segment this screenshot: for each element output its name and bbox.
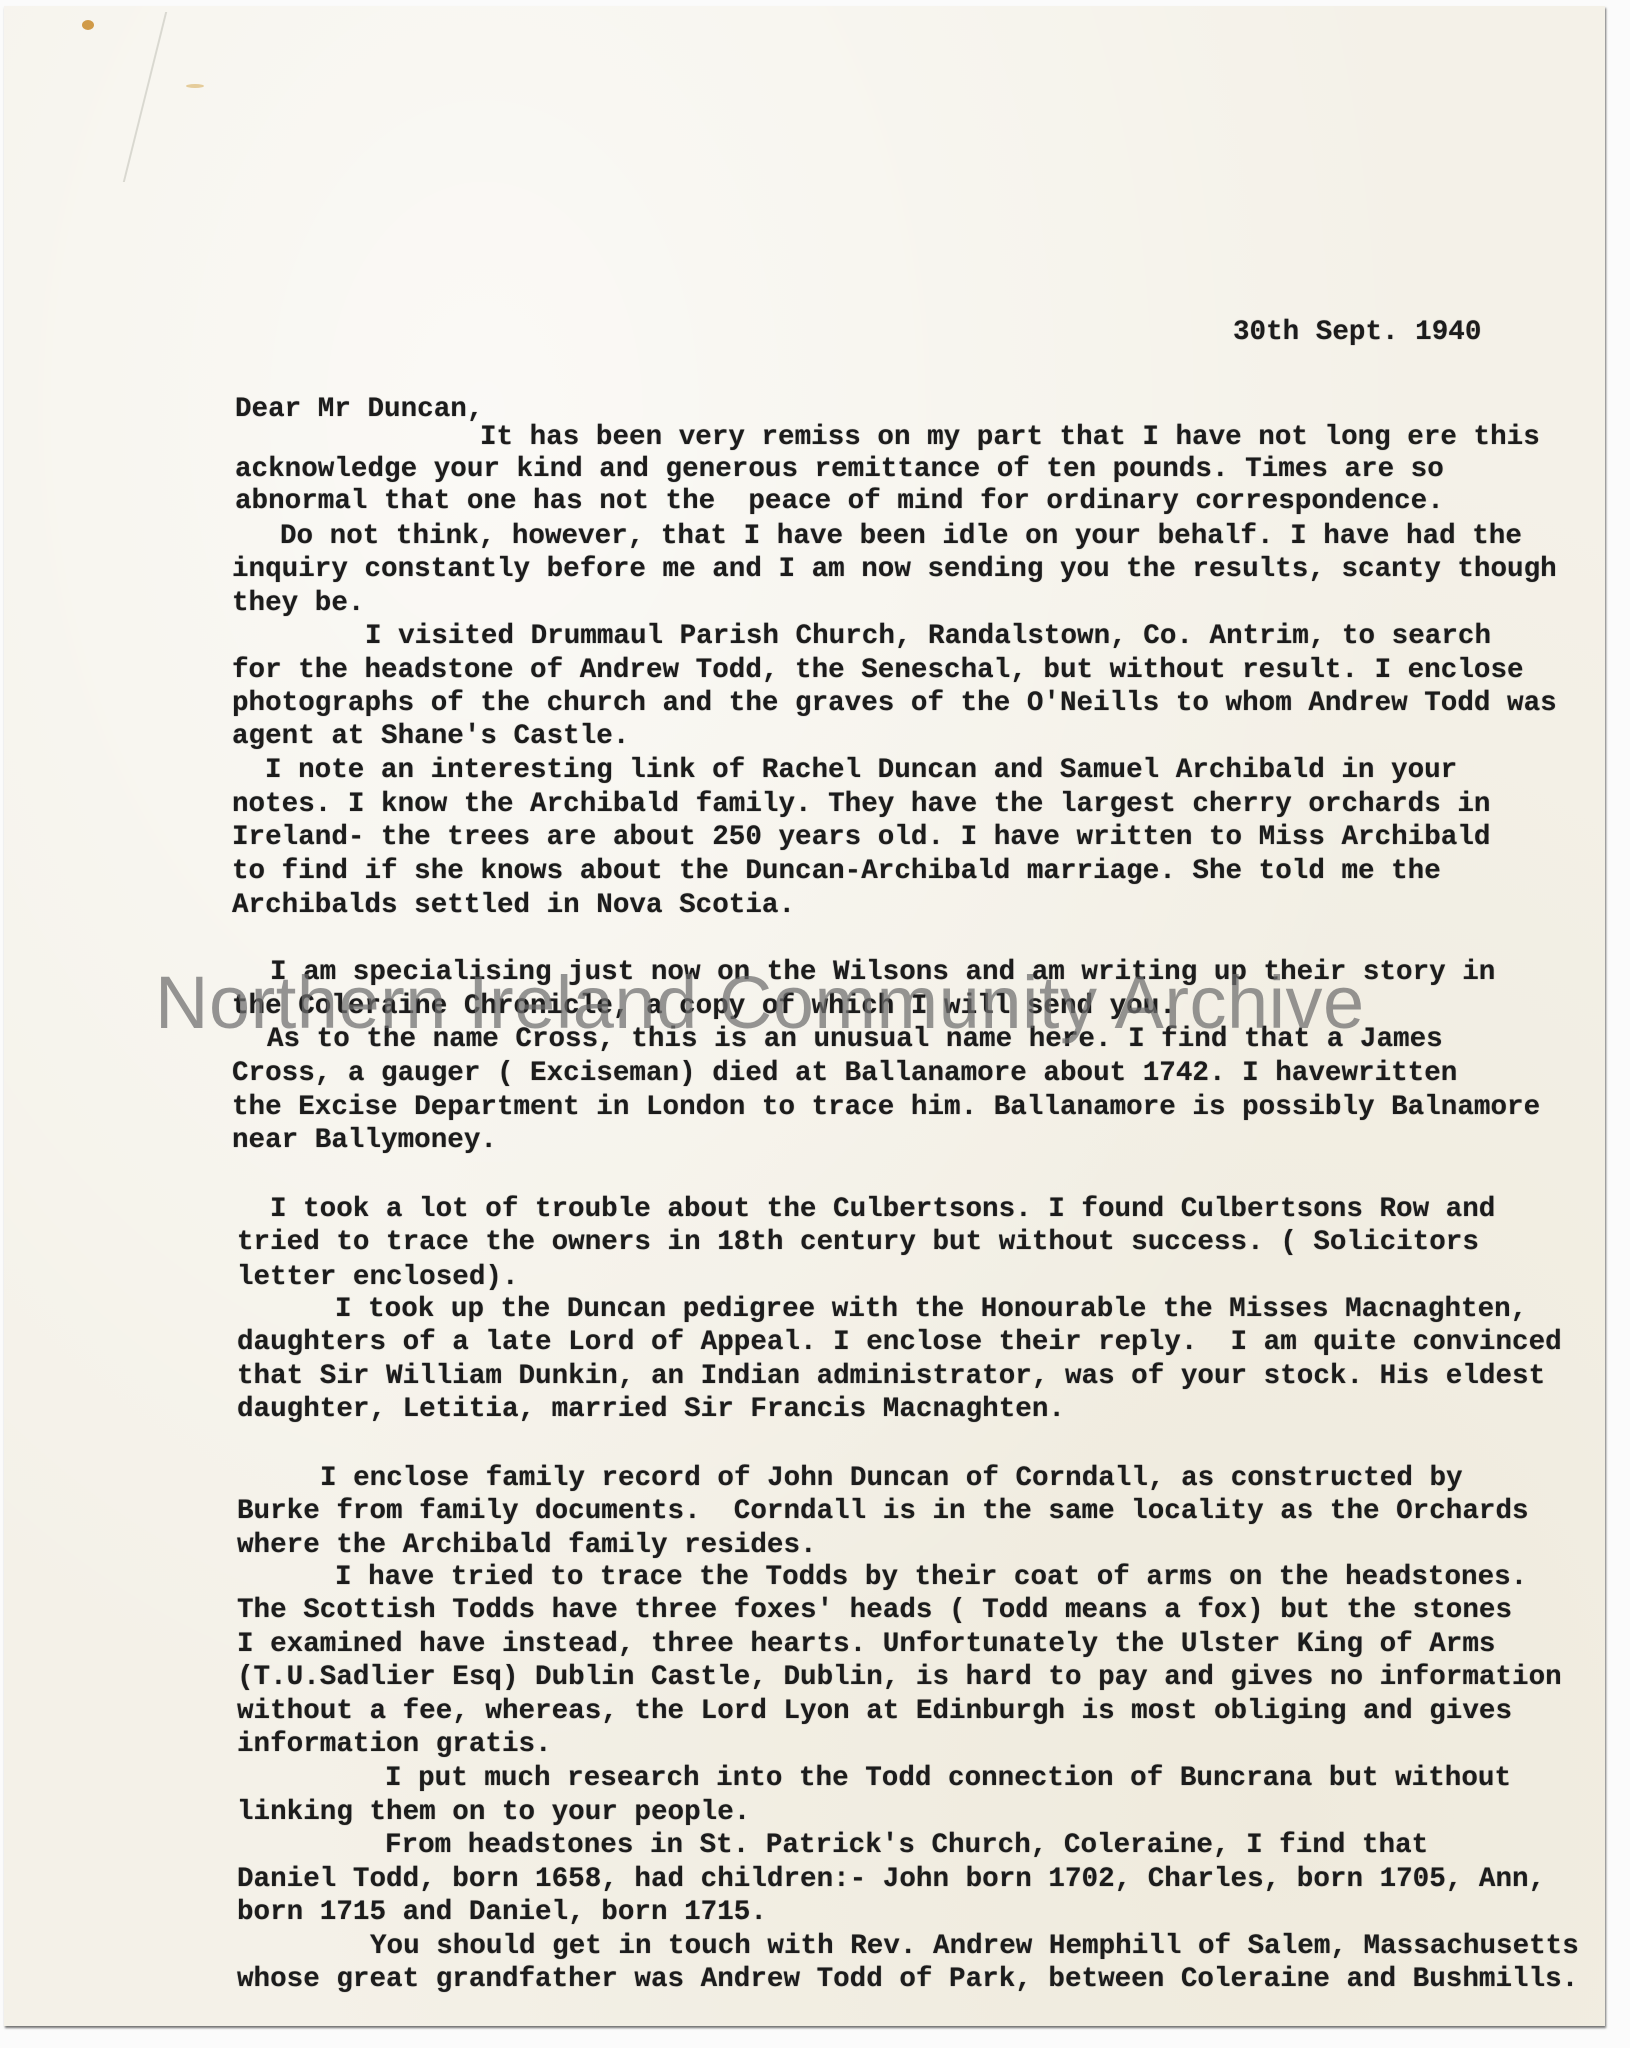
rust-stain	[82, 20, 94, 30]
rust-stain	[186, 84, 204, 88]
letter-line: agent at Shane's Castle.	[232, 723, 629, 751]
letter-line: that Sir William Dunkin, an Indian admin…	[237, 1363, 1545, 1391]
letter-line: Do not think, however, that I have been …	[280, 523, 1522, 551]
letter-line: I took a lot of trouble about the Culber…	[270, 1196, 1495, 1224]
letter-line: Ireland- the trees are about 250 years o…	[232, 824, 1490, 852]
letter-line: acknowledge your kind and generous remit…	[235, 456, 1444, 484]
letter-line: I note an interesting link of Rachel Dun…	[265, 757, 1457, 785]
letter-salutation: Dear Mr Duncan,	[235, 396, 483, 424]
letter-line: I enclose family record of John Duncan o…	[320, 1465, 1463, 1493]
letter-line: they be.	[232, 590, 364, 618]
letter-line: The Scottish Todds have three foxes' hea…	[237, 1597, 1512, 1625]
letter-line: Burke from family documents. Corndall is…	[237, 1498, 1529, 1526]
letter-line: I put much research into the Todd connec…	[385, 1765, 1511, 1793]
letter-line: It has been very remiss on my part that …	[480, 424, 1540, 452]
letter-line: without a fee, whereas, the Lord Lyon at…	[237, 1698, 1512, 1726]
letter-line: photographs of the church and the graves…	[232, 690, 1557, 718]
letter-line: linking them on to your people.	[237, 1799, 750, 1827]
letter-line: (T.U.Sadlier Esq) Dublin Castle, Dublin,…	[237, 1664, 1562, 1692]
paper-fold-mark	[123, 12, 167, 182]
letter-line: daughter, Letitia, married Sir Francis M…	[237, 1396, 1065, 1424]
letter-line: I have tried to trace the Todds by their…	[335, 1564, 1527, 1592]
letter-line: where the Archibald family resides.	[237, 1532, 817, 1560]
letter-line: the Excise Department in London to trace…	[232, 1094, 1540, 1122]
letter-line: I took up the Duncan pedigree with the H…	[335, 1296, 1527, 1324]
letter-line: inquiry constantly before me and I am no…	[232, 556, 1557, 584]
archive-watermark: Northern Ireland Community Archive	[155, 960, 1365, 1045]
letter-date: 30th Sept. 1940	[1233, 319, 1481, 347]
letter-line: notes. I know the Archibald family. They…	[232, 791, 1490, 819]
letter-line: tried to trace the owners in 18th centur…	[237, 1229, 1479, 1257]
letter-line: Archibalds settled in Nova Scotia.	[232, 892, 795, 920]
letter-line: abnormal that one has not the peace of m…	[235, 488, 1444, 516]
letter-line: Cross, a gauger ( Exciseman) died at Bal…	[232, 1060, 1457, 1088]
letter-line: information gratis.	[237, 1731, 552, 1759]
letter-line: whose great grandfather was Andrew Todd …	[237, 1966, 1578, 1994]
letter-line: From headstones in St. Patrick's Church,…	[385, 1832, 1428, 1860]
letter-line: Daniel Todd, born 1658, had children:- J…	[237, 1866, 1545, 1894]
letter-line: to find if she knows about the Duncan-Ar…	[232, 858, 1441, 886]
letter-line: born 1715 and Daniel, born 1715.	[237, 1899, 767, 1927]
letter-line: for the headstone of Andrew Todd, the Se…	[232, 657, 1524, 685]
letter-line: near Ballymoney.	[232, 1127, 497, 1155]
letter-line: letter enclosed).	[237, 1264, 519, 1292]
letter-line: I visited Drummaul Parish Church, Randal…	[365, 623, 1491, 651]
letter-line: daughters of a late Lord of Appeal. I en…	[237, 1329, 1562, 1357]
letter-line: I examined have instead, three hearts. U…	[237, 1631, 1495, 1659]
letter-line: You should get in touch with Rev. Andrew…	[370, 1933, 1579, 1961]
